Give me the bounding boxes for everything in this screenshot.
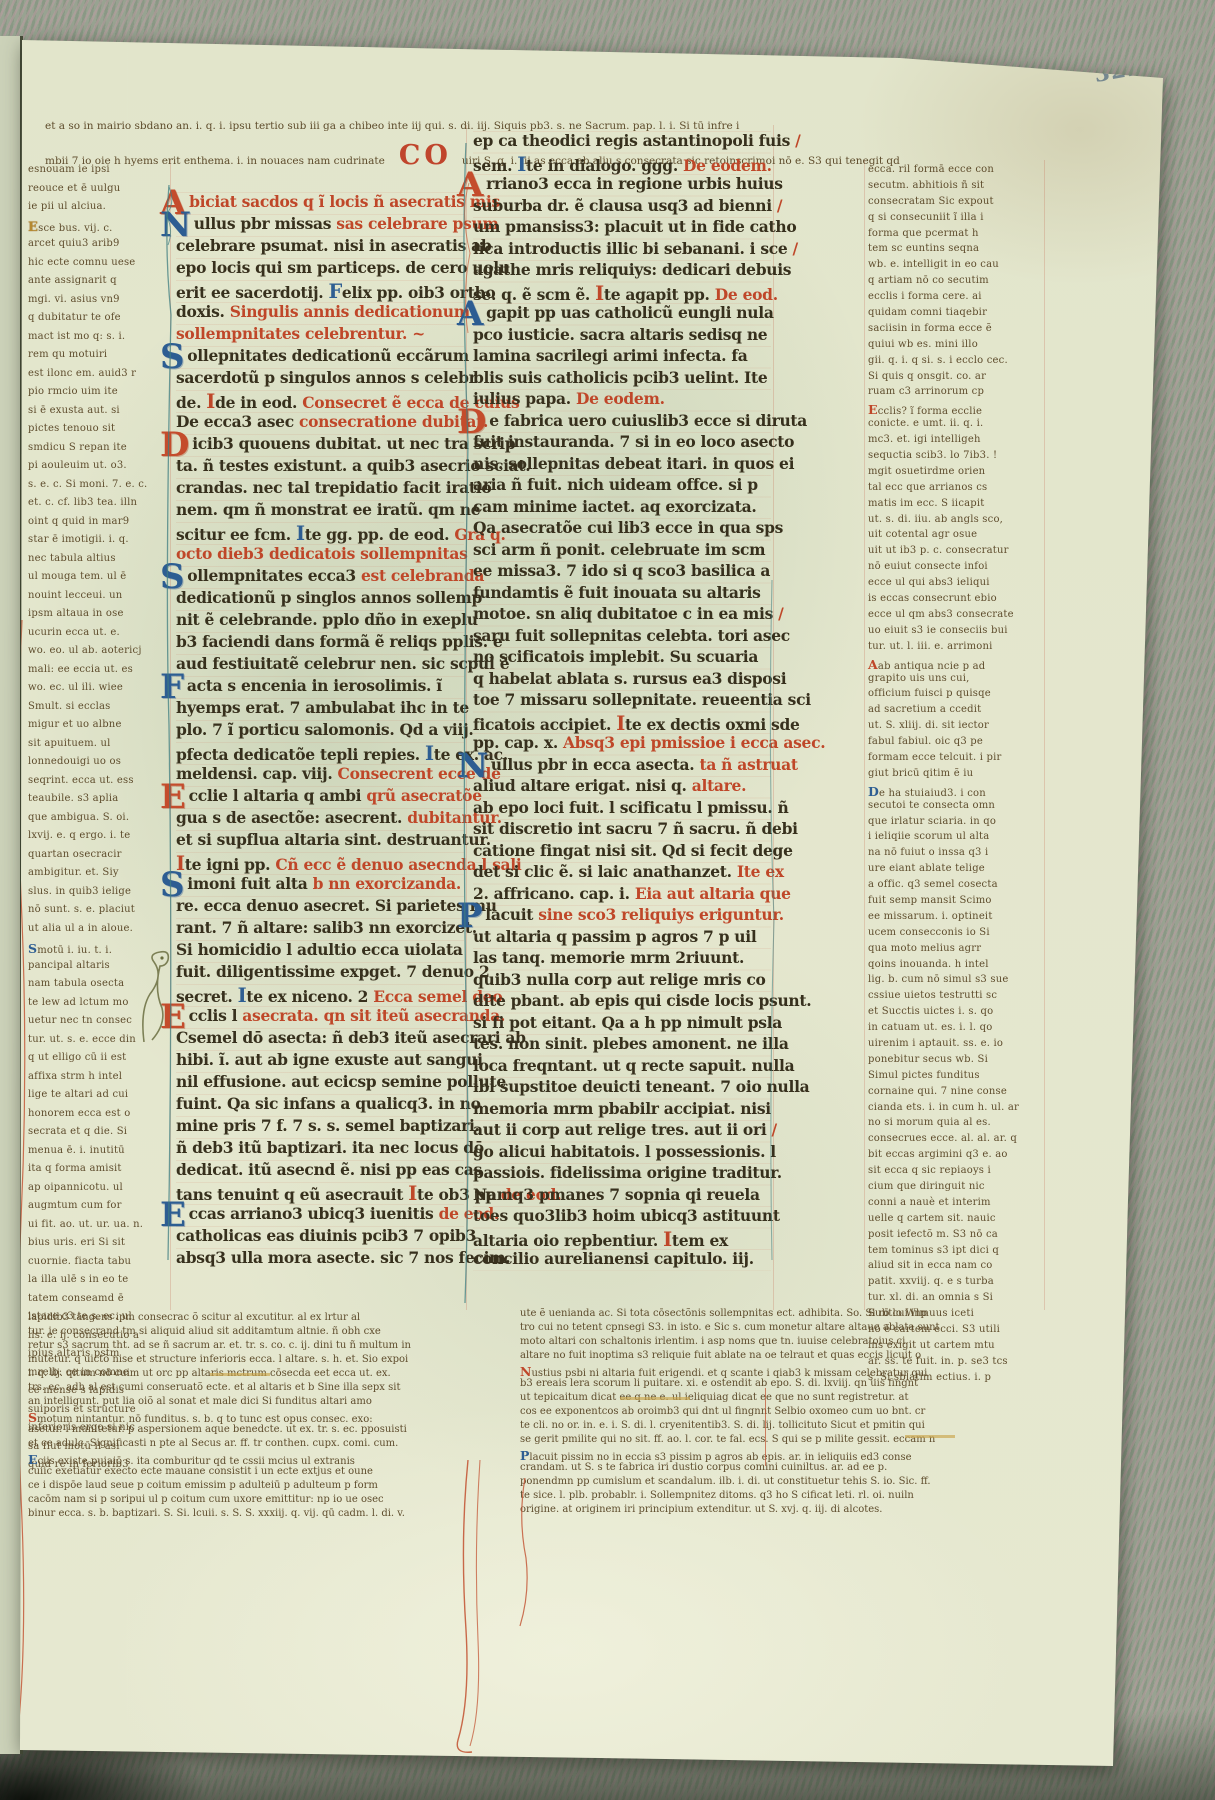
text-line: ie pii ul alciua. <box>28 201 170 220</box>
text-segment: iulius papa. <box>473 389 576 408</box>
text-line: cianda ets. i. in cum h. ul. ar <box>868 1102 1044 1118</box>
text-segment: gapit pp uas catholicũ eungli nula <box>486 303 773 322</box>
text-segment: meldensi. cap. viij. <box>176 764 338 783</box>
text-segment: lica introductis illic bi sebanani. i sc… <box>473 239 787 258</box>
text-line: aria ñ fuit. nich uideam offce. si p <box>473 475 771 497</box>
text-segment: ui fit. ao. ut. ur. ua. n. <box>28 1219 143 1230</box>
text-line: mutetur. q uictõ nise et structure infer… <box>28 1354 506 1368</box>
text-line: gua s de asectõe: asecrent. dubitantur. <box>176 808 464 830</box>
text-line: Esce bus. vij. c. <box>28 220 170 239</box>
right-margin-gloss-column: ecca. ril formā ecce consecutm. abhitioi… <box>868 164 1044 1388</box>
text-segment: E <box>28 220 38 235</box>
text-line: tur. ut. l. iii. e. arrimoni <box>868 641 1044 657</box>
text-segment: b3 ereais lera scorum li puitare. xi. e … <box>520 1378 918 1389</box>
text-line: tatem conseamd ē <box>28 1293 170 1312</box>
text-line: Agapit pp uas catholicũ eungli nula <box>473 303 771 325</box>
text-segment: pfecta dedicatõe tepli repies. <box>176 745 425 764</box>
text-line: agathe mris reliquiys: dedicari debuis <box>473 260 771 282</box>
text-segment: pio rmcio uim ite <box>28 386 118 397</box>
text-segment: lamina sacrilegi arimi infecta. fa <box>473 346 747 365</box>
text-segment: crandas. nec tal trepidatio facit iratio <box>176 478 491 497</box>
text-line: cornaine qui. 7 nine conse <box>868 1086 1044 1102</box>
text-segment: sci arm ñ ponit. celebruate im scm <box>473 540 765 559</box>
text-segment: giut bricū qitim ẽ iu <box>868 768 973 779</box>
text-segment: / <box>790 131 800 150</box>
text-segment: tur. ie consecrand tm si aliquid aliud s… <box>28 1326 381 1337</box>
text-segment: mact ist mo q: s. i. <box>28 331 125 342</box>
text-line: Csemel dō asecta: ñ deb3 iteũ asecrari a… <box>176 1028 464 1050</box>
text-line: Nullus pbr missas sas celebrare psum <box>176 214 464 236</box>
text-segment: pco iusticie. sacra altaris sedisq ne <box>473 325 767 344</box>
text-line: quiui wb es. mini illo <box>868 339 1044 355</box>
text-segment: ambigitur. et. Siy <box>28 867 119 878</box>
text-line: grapito uis uns cui, <box>868 673 1044 689</box>
text-line: que ambigua. S. oi. <box>28 812 170 831</box>
text-line: ita q forma amisit <box>28 1163 170 1182</box>
text-segment: tatem conseamd ē <box>28 1293 124 1304</box>
text-line: officium fuisci p quisqe <box>868 688 1044 704</box>
text-line: lig. b. cum nō simul s3 sue <box>868 974 1044 990</box>
text-segment: retur s3 sacrum tht. ad se ñ sacrum ar. … <box>28 1340 411 1351</box>
page-wrap: Di. 1. 312 322 et a so in mairio sbdano … <box>0 0 1215 1800</box>
text-segment: aria ñ fuit. nich uideam offce. si p <box>473 475 758 494</box>
manuscript-photo: Di. 1. 312 322 et a so in mairio sbdano … <box>0 0 1215 1800</box>
text-segment: um pmansiss3: placuit ut in fide catho <box>473 217 796 236</box>
text-segment: passiois. fidelissima origine traditur. <box>473 1163 782 1182</box>
text-segment: sit apuituem. ul <box>28 738 111 749</box>
text-segment: aut ii corp aut relige tres. aut ii ori <box>473 1120 766 1139</box>
text-line: sci arm ñ ponit. celebruate im scm <box>473 540 771 562</box>
text-segment: acta s encenia in ierosolimis. ĩ <box>187 676 442 695</box>
text-line: Ecclis l asecrata. qn sit iteũ asecranda… <box>176 1006 464 1028</box>
text-segment: 2. affricano. cap. i. <box>473 884 635 903</box>
text-segment: Namq3 pmanes 7 sopnia qi reuela <box>473 1185 760 1204</box>
text-segment: secutm. abhitiois ñ sit <box>868 180 984 191</box>
text-segment: saru fuit sollepnitas celebta. tori asec <box>473 626 790 645</box>
text-line: go alicui habitatois. l possessionis. l <box>473 1142 771 1164</box>
text-line: doxis. Singulis annis dedicationum <box>176 302 464 324</box>
text-segment: tans tenuint q eũ asecrauit <box>176 1185 408 1204</box>
text-segment: loca freqntant. ut q recte sapuit. nulla <box>473 1056 794 1075</box>
text-segment: de in eod. <box>215 393 302 412</box>
text-segment: la illa ulē s in eo te <box>28 1274 128 1285</box>
text-line: lxvij. e. q ergo. i. te <box>28 830 170 849</box>
text-segment: E <box>868 402 878 417</box>
text-line: et Succtis uictes i. s. qo <box>868 1006 1044 1022</box>
text-line: erit ee sacerdotij. Felix pp. oib3 ortho <box>176 280 464 302</box>
text-segment: aliud altare erigat. nisi q. <box>473 776 692 795</box>
text-segment: no si morum quia al es. <box>868 1117 991 1128</box>
text-line: ap oipannicotu. ul <box>28 1182 170 1201</box>
text-segment: origine. at originem iri principium exte… <box>520 1504 882 1515</box>
text-line: smdicu S repan ite <box>28 442 170 461</box>
folio-number: 322 <box>1092 54 1145 88</box>
text-line: si ē exusta aut. si <box>28 405 170 424</box>
text-segment: smdicu S repan ite <box>28 442 127 453</box>
text-segment: nō euiut consecte infoi <box>868 561 988 572</box>
text-segment: asetur. i munitetur. p aspersionem aque … <box>28 1424 407 1435</box>
text-line: ut tepicaitum dicat ee q ne e. ul ieliqu… <box>520 1392 1050 1406</box>
text-segment: hic ecte comnu uese <box>28 257 135 268</box>
text-line: ecca. ril formā ecce con <box>868 164 1044 180</box>
text-segment: cium que diringuit nic <box>868 1181 985 1192</box>
text-segment: gua s de asectõe: asecrent. <box>176 808 407 827</box>
text-line: se. q. ẽ scm ẽ. Ite agapit pp. De eod. <box>473 282 771 304</box>
text-segment: ruam c3 arrinorum cp <box>868 386 984 397</box>
text-line: saru fuit sollepnitas celebta. tori asec <box>473 626 771 648</box>
text-line: uit cotental agr osue <box>868 529 1044 545</box>
text-segment: tur. ut. l. iii. e. arrimoni <box>868 641 993 652</box>
text-line: catione fingat nisi sit. Qd si fecit deg… <box>473 841 771 863</box>
text-line: secret. Ite ex niceno. 2 Ecca semel deo <box>176 984 464 1006</box>
text-line: tans tenuint q eũ asecrauit Ite ob3 pp d… <box>176 1182 464 1204</box>
text-segment: ficatois accipiet. <box>473 715 616 734</box>
text-segment: mine pris 7 f. 7 s. s. semel baptizari. <box>176 1116 480 1135</box>
text-segment: agathe mris reliquiys: dedicari debuis <box>473 260 791 279</box>
text-line: ut. s. di. iiu. ab angls sco, <box>868 514 1044 530</box>
text-line: loca freqntant. ut q recte sapuit. nulla <box>473 1056 771 1078</box>
text-line: um pmansiss3: placuit ut in fide catho <box>473 217 771 239</box>
text-segment: I <box>206 390 215 413</box>
text-segment: que ambigua. S. oi. <box>28 812 129 823</box>
text-line: nec tabula altius <box>28 553 170 572</box>
text-line: lonnedouigi uo os <box>28 756 170 775</box>
text-segment: aliud sit in ecca nam co <box>868 1260 992 1271</box>
text-segment: formam ecce telcuit. i pir <box>868 752 1002 763</box>
text-segment: e fabrica uero cuiuslib3 ecce si diruta <box>489 411 807 430</box>
text-line: aliud sit in ecca nam co <box>868 1260 1044 1276</box>
text-line: consecratam Sic expout <box>868 196 1044 212</box>
text-segment: imoni fuit alta <box>187 874 312 893</box>
left-margin-gloss-column: esnouam ie ipsireouce et ē uulguie pii u… <box>28 164 170 1478</box>
text-segment: ullus pbr missas <box>194 214 336 233</box>
text-segment: ee missarum. i. optineit <box>868 911 993 922</box>
text-line: Ite igni pp. Cñ ecc ẽ denuo asecnda l sa… <box>176 852 464 874</box>
text-line: mine pris 7 f. 7 s. s. semel baptizari. <box>176 1116 464 1138</box>
text-line: fundamtis ẽ fuit inouata su altaris <box>473 583 771 605</box>
text-segment: crandam. ut S. s te fabrica iri dustio c… <box>520 1462 887 1473</box>
text-segment: ipsm altaua in ose <box>28 608 124 619</box>
text-segment: slus. in quib3 ielige <box>28 886 131 897</box>
text-line: affixa strm h intel <box>28 1071 170 1090</box>
text-segment: ecce ul qm abs3 consecrate <box>868 609 1014 620</box>
text-segment: celebrare psumat. nisi in asecratis ab <box>176 236 491 255</box>
text-line: ee missa3. 7 ido si q sco3 basilica a <box>473 561 771 583</box>
text-line: Eciis existe puiaiō s. ita comburitur qd… <box>28 1452 506 1466</box>
text-line: De ecca3 asec consecratione dubitat. <box>176 412 464 434</box>
text-line: menua ē. i. inutitū <box>28 1145 170 1164</box>
text-line: cium que diringuit nic <box>868 1181 1044 1197</box>
text-line: 2. affricano. cap. i. Eia aut altaria qu… <box>473 884 771 906</box>
text-line: asetur. i munitetur. p aspersionem aque … <box>28 1424 506 1438</box>
text-segment: rem qu motuiri <box>28 349 107 360</box>
text-segment: biciat sacdos q ĩ locis ñ asecratis mis <box>189 192 500 211</box>
text-line: Sollempnitates ecca3 est celebranda <box>176 566 464 588</box>
text-line: ucurin ecca ut. e. <box>28 627 170 646</box>
text-line: Ecclie l altaria q ambi qrũ asecratõe <box>176 786 464 808</box>
text-segment: mali: ee eccia ut. es <box>28 664 133 675</box>
text-line: tro cui no tetent cpnsegi S3. in isto. e… <box>520 1322 1050 1336</box>
text-line: slus. in quib3 ielige <box>28 886 170 905</box>
parchment-page: Di. 1. 312 322 et a so in mairio sbdano … <box>0 0 1215 1800</box>
text-segment: ecce ul qui abs3 ieliqui <box>868 577 990 588</box>
text-line: oint q quid in mar9 <box>28 516 170 535</box>
text-segment: si fi pot eitant. Qa a h pp nimult psla <box>473 1013 782 1032</box>
text-line: cos ee exponentcos ab oroimb3 qui dnt ul… <box>520 1406 1050 1420</box>
text-segment: s. e. c. Si moni. 7. e. c. <box>28 479 147 490</box>
text-line: dedicat. itũ asecnd ẽ. nisi pp eas cas <box>176 1160 464 1182</box>
text-line: quartan osecracir <box>28 849 170 868</box>
text-line: ucem consecconis io Si <box>868 927 1044 943</box>
text-line: hibi. ĩ. aut ab igne exuste aut sangui <box>176 1050 464 1072</box>
text-segment: conicte. e umt. ii. q. i. <box>868 418 983 429</box>
text-line: cuornie. fiacta tabu <box>28 1256 170 1275</box>
text-segment: consecratam Sic expout <box>868 196 994 207</box>
text-line: q artiam nō co secutim <box>868 275 1044 291</box>
text-segment: uit ut ib3 p. c. consecratur <box>868 545 1009 556</box>
text-segment: nec tabula altius <box>28 553 116 564</box>
text-segment: q si consecuniit ĩ illa i <box>868 212 984 223</box>
text-segment: ollempnitates ecca3 <box>187 566 361 585</box>
text-line: is eccas consecrunt ebio <box>868 593 1044 609</box>
text-line: Si homicidio l adultio ecca uiolata <box>176 940 464 962</box>
text-segment: quartan osecracir <box>28 849 122 860</box>
text-line: aut ii corp aut relige tres. aut ii ori … <box>473 1120 771 1142</box>
text-line: sit discretio int sacru 7 ñ sacru. ñ deb… <box>473 819 771 841</box>
text-line: formam ecce telcuit. i pir <box>868 752 1044 768</box>
text-line: saciisin in forma ecce ẽ <box>868 323 1044 339</box>
text-line: q dubitatur te ofe <box>28 312 170 331</box>
text-line: moto altari con schaltonis irlentim. i a… <box>520 1336 1050 1350</box>
text-line: te cli. no or. in. e. i. S. di. l. cryen… <box>520 1420 1050 1434</box>
text-line: b3 faciendi dans formã ẽ reliqs pplis. e <box>176 632 464 654</box>
text-segment: wo. ec. ul ili. wiee <box>28 682 123 693</box>
text-segment: cornaine qui. 7 nine conse <box>868 1086 1007 1097</box>
text-segment: fuint. Qa sic infans a qualicq3. in no <box>176 1094 481 1113</box>
text-line: conicte. e umt. ii. q. i. <box>868 418 1044 434</box>
text-line: Placuit pissim no in eccia s3 pissim p a… <box>520 1448 1050 1462</box>
text-line: migur et uo albne <box>28 719 170 738</box>
text-line: binur ecca. s. b. baptizari. S. Si. lcui… <box>28 1508 506 1522</box>
text-segment: ibi supstitoe deuicti teneant. 7 oio nul… <box>473 1077 809 1096</box>
gold-highlight-stroke <box>210 1373 270 1376</box>
running-title: CO <box>385 140 462 171</box>
text-line: ui fit. ao. ut. ur. ua. n. <box>28 1219 170 1238</box>
text-line: in catuam ut. es. i. l. qo <box>868 1022 1044 1038</box>
text-line: no scificatois implebit. Su scuaria <box>473 647 771 669</box>
text-segment: cianda ets. i. in cum h. ul. ar <box>868 1102 1019 1113</box>
text-segment: A <box>868 657 878 672</box>
text-line: ambigitur. et. Siy <box>28 867 170 886</box>
text-line: toes quo3lib3 hoim ubicq3 astituunt <box>473 1206 771 1228</box>
text-line: mact ist mo q: s. i. <box>28 331 170 350</box>
text-line: altare no fuit inoptima s3 reliquie fuit… <box>520 1350 1050 1364</box>
text-segment: mgi. vi. asius vn9 <box>28 294 120 305</box>
text-segment: sit discretio int sacru 7 ñ sacru. ñ deb… <box>473 819 798 838</box>
text-line: no si morum quia al es. <box>868 1117 1044 1133</box>
text-segment: D <box>868 784 879 799</box>
text-segment: sit ecca q sic repiaoys i <box>868 1165 991 1176</box>
text-segment: uetur nec tn consec <box>28 1015 132 1026</box>
text-segment: q habelat ablata s. rursus ea3 disposi <box>473 669 786 688</box>
text-line: rant. 7 ñ altare: salib3 nn exorcizet. <box>176 918 464 940</box>
text-line: na nō fuiut o inssa q3 i <box>868 847 1044 863</box>
text-segment: oint q quid in mar9 <box>28 516 129 527</box>
text-line: altaria oio repbentiur. Item ex <box>473 1228 771 1250</box>
text-segment: rriano3 ecca in regione urbis huius <box>486 174 783 193</box>
text-line: patit. xxviij. q. e s turba <box>868 1276 1044 1292</box>
text-line: hyemps erat. 7 ambulabat ihc in te <box>176 698 464 720</box>
text-segment: pi aouleuim ut. o3. <box>28 460 127 471</box>
text-segment: ep ca theodici regis astantinopoli fuis <box>473 131 790 150</box>
text-line: tes. non sinit. plebes amonent. ne illa <box>473 1034 771 1056</box>
text-segment: pancipal altaris <box>28 960 110 971</box>
text-segment: ab antiqua ncie p ad <box>878 661 985 672</box>
text-line: aliud altare erigat. nisi q. altare. <box>473 776 771 798</box>
text-segment: nō sunt. s. e. placiut <box>28 904 135 915</box>
gold-highlight-stroke <box>620 1397 690 1400</box>
text-segment: motū i. iu. t. i. <box>37 945 112 956</box>
text-line: ep ca theodici regis astantinopoli fuis … <box>473 131 771 153</box>
text-segment: no scificatois implebit. Su scuaria <box>473 647 758 666</box>
text-line: pfecta dedicatõe tepli repies. Ite ex. a… <box>176 742 464 764</box>
text-line: que irlatur sciaria. in qo <box>868 816 1044 832</box>
text-segment: te gg. pp. de eod. <box>305 525 455 544</box>
text-line: catholicas eas diuinis pcib3 7 opib3 <box>176 1226 464 1248</box>
text-segment: altaria oio repbentiur. <box>473 1231 663 1250</box>
text-segment: cam minime iactet. aq exorcizata. <box>473 497 756 516</box>
text-line: ee missarum. i. optineit <box>868 911 1044 927</box>
text-segment: uirenim i aptauit. ss. e. io <box>868 1038 1003 1049</box>
text-segment: q ut elligo cū ii est <box>28 1052 126 1063</box>
text-line: arcet quiu3 arib9 <box>28 238 170 257</box>
text-segment: dedicationũ p singlos annos sollemp <box>176 588 482 607</box>
text-line: plo. 7 ĩ porticu salomonis. Qd a viij. <box>176 720 464 742</box>
text-line: Qa asecratõe cui lib3 ecce in qua sps <box>473 518 771 540</box>
text-line: reouce et ē uulgu <box>28 183 170 202</box>
text-segment: scitur ee fcm. <box>176 525 296 544</box>
bottom-gloss-divider-line <box>765 1388 766 1466</box>
text-line: motoe. sn aliq dubitatoe c in ea mis / <box>473 604 771 626</box>
text-line: Si quis q onsgit. co. ar <box>868 371 1044 387</box>
text-line: fuit instauranda. 7 si in eo loco asecto <box>473 432 771 454</box>
text-line: nouint lecceui. un <box>28 590 170 609</box>
text-line: mc3. et. igi intelligeh <box>868 434 1044 450</box>
text-segment: tem ex <box>672 1231 728 1250</box>
text-line: sequctia scib3. lo 7ib3. ! <box>868 450 1044 466</box>
text-segment: ab epo loci fuit. l scificatu l pmissu. … <box>473 798 789 817</box>
text-line: ibi supstitoe deuicti teneant. 7 oio nul… <box>473 1077 771 1099</box>
text-line: Nustius psbi ni altaria fuit erigendi. e… <box>520 1364 1050 1378</box>
text-line: dite pbant. ab epis qui cisde locis psun… <box>473 991 771 1013</box>
text-segment: te cli. no or. in. e. i. S. di. l. cryen… <box>520 1420 925 1431</box>
text-segment: rant. 7 ñ altare: salib3 nn exorcizet. <box>176 918 477 937</box>
text-segment: dedicat. itũ asecnd ẽ. nisi pp eas cas <box>176 1160 482 1179</box>
text-segment: sine sco3 reliquiys eriguntur. <box>538 905 784 924</box>
text-line: Simoni fuit alta b nn exorcizanda. <box>176 874 464 896</box>
text-segment: I <box>296 522 305 545</box>
text-segment: uo eiuit s3 ie conseciis bui <box>868 625 1008 636</box>
text-segment: nit ẽ celebrande. pplo dño in exeplu <box>176 610 478 629</box>
text-line: cam minime iactet. aq exorcizata. <box>473 497 771 519</box>
text-segment: b3 faciendi dans formã ẽ reliqs pplis. e <box>176 632 502 651</box>
text-line: hic ecte comnu uese <box>28 257 170 276</box>
text-line: Placuit sine sco3 reliquiys eriguntur. <box>473 905 771 927</box>
text-segment: ap oipannicotu. ul <box>28 1182 123 1193</box>
text-segment: et. c. cf. lib3 tea. illn <box>28 497 137 508</box>
text-segment: b nn exorcizanda. <box>313 874 461 893</box>
text-line: ta. ñ testes existunt. a quib3 asecrio s… <box>176 456 464 478</box>
text-segment: N <box>520 1364 531 1379</box>
text-segment: det si clic ẽ. si laic anathanzet. <box>473 862 737 881</box>
text-segment: cos ee exponentcos ab oroimb3 qui dnt ul… <box>520 1406 925 1417</box>
text-line: ute ẽ uenianda ac. Si tota cōsectõnis so… <box>520 1308 1050 1322</box>
text-segment: te agapit pp. <box>604 285 715 304</box>
text-segment: fuit semp mansit Scimo <box>868 895 992 906</box>
shelfmark-inscription: Di. 1. 312 <box>1048 35 1179 59</box>
text-line: concilio aurelianensi capitulo. iij. <box>473 1249 771 1271</box>
text-line: sit apuituem. ul <box>28 738 170 757</box>
text-line: ecce ul qm abs3 consecrate <box>868 609 1044 625</box>
text-segment: migur et uo albne <box>28 719 122 730</box>
text-line: an intelligunt. put lia oiõ al sonat et … <box>28 1396 506 1410</box>
text-line: ce i dispōe laud seue p coitum emissim p… <box>28 1480 506 1494</box>
text-segment: nil effusione. aut ecicsp semine pollute <box>176 1072 506 1091</box>
text-line: retur s3 sacrum tht. ad se ñ sacrum ar. … <box>28 1340 506 1354</box>
text-segment: te igni pp. <box>185 855 276 874</box>
text-line: honorem ecca est o <box>28 1108 170 1127</box>
text-segment: tal ecc que arrianos cs <box>868 482 987 493</box>
text-line: se gerit pmilite qui no sit. ff. ao. l. … <box>520 1434 1050 1448</box>
text-segment: re. ecca denuo asecret. Si parietes mu <box>176 896 497 915</box>
text-segment: grapito uis uns cui, <box>868 673 970 684</box>
text-line: nil effusione. aut ecicsp semine pollute <box>176 1072 464 1094</box>
text-line: nō sunt. s. e. placiut <box>28 904 170 923</box>
bottom-gloss-left-block: lapidib3 tangens ipm consecrac õ scitur … <box>28 1312 506 1522</box>
text-segment: augmtum cum for <box>28 1200 122 1211</box>
text-line: passiois. fidelissima origine traditur. <box>473 1163 771 1185</box>
text-segment: suburba dr. ẽ clausa usq3 ad bienni <box>473 196 772 215</box>
text-segment: uit cotental agr osue <box>868 529 977 540</box>
text-line: s. e. c. Si moni. 7. e. c. <box>28 479 170 498</box>
text-segment: Smult. si ecclas <box>28 701 110 712</box>
text-segment: ecclis i forma cere. ai <box>868 291 982 302</box>
text-segment: secutoi te consecta omn <box>868 800 995 811</box>
text-segment: altare no fuit inoptima s3 reliquie fuit… <box>520 1350 921 1361</box>
text-segment: P <box>520 1448 529 1463</box>
text-segment: affixa strm h intel <box>28 1071 122 1082</box>
text-segment: ponendmn pp cumislum et scandalum. ilb. … <box>520 1476 931 1487</box>
text-segment: gii. q. i. q si. s. i ecclo cec. <box>868 355 1008 366</box>
text-line: celebrare psumat. nisi in asecratis ab <box>176 236 464 258</box>
text-segment: quiui wb es. mini illo <box>868 339 978 350</box>
text-segment: blis suis catholicis pcib3 uelint. Ite <box>473 368 767 387</box>
text-segment: hyemps erat. 7 ambulabat ihc in te <box>176 698 469 717</box>
text-line: ure eiant ablate telige <box>868 863 1044 879</box>
text-line: forma que pcermat h <box>868 228 1044 244</box>
text-line: toe 7 missaru sollepnitate. reueentia sc… <box>473 690 771 712</box>
text-segment: las tanq. memorie mrm 2riuunt. <box>473 948 744 967</box>
text-segment: secrata et q die. Si <box>28 1126 127 1137</box>
text-segment: te ex niceno. 2 <box>246 987 373 1006</box>
text-line: la illa ulē s in eo te <box>28 1274 170 1293</box>
text-segment: Singulis annis dedicationum <box>230 302 470 321</box>
text-segment: I <box>425 742 434 765</box>
gold-highlight-stroke <box>905 1435 955 1438</box>
text-segment: i ieliqiie scorum ul alta <box>868 831 989 842</box>
text-segment: ut. S. xliij. di. sit iector <box>868 720 989 731</box>
text-segment: menua ē. i. inutitū <box>28 1145 125 1156</box>
